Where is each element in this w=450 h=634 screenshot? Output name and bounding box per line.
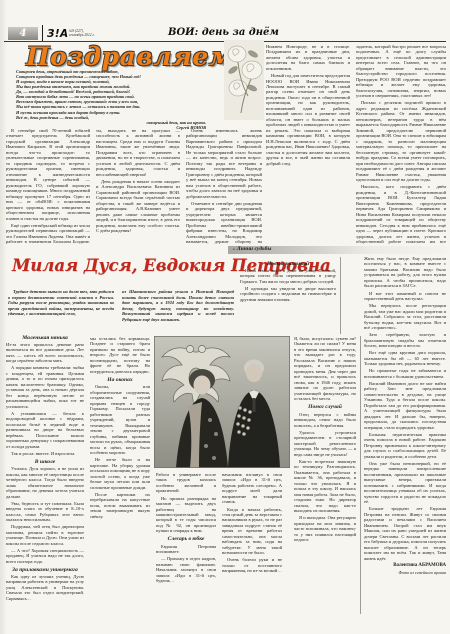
section-title: ВОИ: день за днём: [168, 27, 279, 38]
article2-column-2: мы остались без кормильца. Позднее и ста…: [90, 336, 150, 614]
paragraph: Письмо с десятком подписей пришло в адре…: [356, 100, 446, 182]
article1-title: Поздравляем!: [26, 42, 245, 71]
rubric-bar: • Линии судьбы: [228, 246, 446, 254]
paragraph: Зато серебряную, золотую и бриллиантовую…: [364, 332, 446, 348]
paragraph: Работа в универмаге после таких трудов к…: [156, 472, 216, 494]
paragraph: задатель, который быстро решает все вопр…: [356, 44, 446, 99]
subheading-locksmith: Слесарь в юбке: [156, 536, 216, 542]
article2-column-3: Работа в универмаге после таких трудов к…: [156, 472, 216, 614]
paragraph: Большая педагогическая практика очень по…: [364, 432, 446, 459]
article2-column-1: Маленькая нянька Из-за этого пришлось де…: [6, 332, 84, 616]
paragraph: Вот ещё одна крупная дата подошла, оказы…: [364, 350, 446, 366]
paragraph: Подружка, чей отец был директором магази…: [6, 524, 84, 546]
paragraph: Училась Дуся хорошо, и не ушла из школы,…: [6, 466, 84, 499]
page-number: 4: [8, 27, 38, 40]
paragraph: Когда я начала работать, стоя целый день…: [222, 507, 282, 556]
paragraph: Удалось устроиться преподавателем в стол…: [294, 430, 356, 457]
paragraph: Нижнем Новгороде, не и в столице. Поздра…: [266, 44, 350, 71]
lead-paragraph: из Шатковского района уехали в Нижний Но…: [122, 289, 234, 322]
article1-column-5: задатель, который быстро решает все вопр…: [356, 44, 446, 244]
paragraph: Мы вернулись после регистрации домой, та…: [364, 303, 446, 330]
roses-image: [224, 40, 264, 120]
header-divider: [42, 25, 43, 41]
paragraph: В сентябре свой 70-летний юбилей отмечае…: [6, 128, 90, 221]
issue-date: сентябрь 2012 г.: [69, 33, 95, 38]
article2-new-friend-block: Новый знакомый Наша семья жила в доме на…: [240, 258, 336, 334]
photo-credit: Фото из семейного архива: [364, 570, 446, 575]
subheading-little-nanny: Маленькая нянька: [6, 335, 84, 341]
paragraph: Очень изменилась жизнь райорганизации ин…: [186, 128, 262, 199]
article1-column-3: Очень изменилась жизнь райорганизации ин…: [186, 128, 262, 244]
paragraph: Наша семья жила в доме на улице Полевой,…: [240, 268, 336, 284]
paragraph: Так и росла: вместе. И взрослела.: [6, 451, 84, 456]
paragraph: Василий Иванович долго не мог найти рабо…: [364, 381, 446, 430]
rubric-label: Линии судьбы: [237, 247, 272, 253]
newspaper-page: 4 З!А №9 (227), сентябрь 2012 г. ВОИ: де…: [0, 0, 450, 634]
article2-lead-column-1: Трудное детство выпало на долю тех, кто …: [8, 289, 114, 331]
paragraph: Не легче было и на картошке. На уборку у…: [90, 457, 150, 490]
paragraph: Она уже была пенсионеркой, но её нередко…: [364, 461, 446, 505]
paragraph: После картошки их перебрасывали на капус…: [90, 492, 150, 519]
paragraph: А утомившаяся — бегала к водопроводной к…: [6, 411, 84, 449]
article1-column-4: Нижнем Новгороде, не и в столице. Поздра…: [266, 44, 350, 244]
photo-couple: [154, 336, 290, 468]
poem: Священен день, отрешённый от прозаически…: [16, 69, 218, 130]
paragraph: Очень болели руки и не только от постоян…: [222, 557, 282, 573]
paragraph: Я и выходила. Она регулярно приходила на…: [294, 515, 356, 542]
paragraph: ты, выходить не на прогулки — способност…: [96, 128, 180, 177]
paragraph: День рождения в начале осени ожидает и А…: [96, 179, 180, 234]
paragraph: Нашлось, кого поздравить с днём рождения…: [356, 184, 446, 244]
subheading-new-friend: Новый знакомый: [240, 261, 336, 267]
rubric-bullet: •: [233, 248, 235, 253]
paragraph: Но пришла разнарядка на магазин — выдели…: [156, 496, 216, 534]
paragraph: — Прихожу в отдел кадров, называю свою ф…: [156, 556, 216, 583]
paragraph: Отмечают в сентябре дни рождения и дирек…: [186, 201, 262, 244]
paragraph: Жить ему было негде. Ему предложили посе…: [364, 256, 446, 289]
paragraph: Я, было, испугалась: сумею ли? Окажется …: [294, 336, 356, 402]
paragraph: Увы, бедность и тут помешала. Была введе…: [6, 501, 84, 523]
article1-column-1: В сентябре свой 70-летний юбилей отмечае…: [6, 128, 90, 244]
subheading-department-store: За прилавками универмага: [6, 567, 84, 573]
column-rule: [360, 336, 361, 614]
paragraph: Ещё один сентябрьский юбиляр из числа ру…: [6, 223, 90, 244]
subheading-trenches: На окопах: [90, 377, 150, 383]
issue-info: №9 (227), сентябрь 2012 г.: [69, 29, 95, 38]
article2-column-6: Жить ему было негде. Ему предложили посе…: [364, 256, 446, 616]
paragraph: Новый год для заместителя председателя Н…: [266, 73, 350, 166]
paragraph: А порядки комнаты требовали: зыбка с мла…: [6, 365, 84, 409]
paragraph: Отец вернулся с войны инвалидом, семье н…: [294, 412, 356, 428]
paragraph: Евдокия Петровна вспоминает:: [156, 544, 216, 555]
article2-column-5: Я, было, испугалась: сумею ли? Окажется …: [294, 336, 356, 614]
paragraph: И однажды мы увидели во дворе высокого с…: [240, 286, 336, 302]
article2-lead-column-2: из Шатковского района уехали в Нижний Но…: [122, 289, 234, 331]
lead-paragraph: Трудное детство выпало на долю тех, кто …: [8, 289, 114, 317]
paragraph: начальник взглянул в свои записи: «Иди в…: [222, 472, 282, 505]
paragraph: мы остались без кормильца. Позднее и ста…: [90, 336, 150, 374]
column-rule: [340, 257, 341, 334]
paragraph: Но прожитые годы не забываются и вспомин…: [364, 368, 446, 379]
subheading-chance-helped: Помог случай: [294, 404, 356, 410]
author-signature: Валентина АБРАМОВА: [364, 563, 446, 569]
paragraph: Окопы, или оборонительные сооружения, со…: [90, 384, 150, 455]
newspaper-logo: З!А: [47, 28, 69, 40]
paragraph: И вот этот памятный и совсем не торжеств…: [364, 291, 446, 302]
paragraph: Из-за этого пришлось девочке рано включа…: [6, 342, 84, 364]
article1-column-2: ты, выходить не на прогулки — способност…: [96, 128, 180, 244]
subheading-at-school: В школе: [6, 459, 84, 465]
paragraph: Как-то встретила знакомую по техникуму. …: [294, 459, 356, 514]
paragraph: — А что? Хорошая специальность — продаве…: [6, 548, 84, 564]
paragraph: Как одну из лучших учениц, Дусю направил…: [6, 574, 84, 601]
paragraph: Больше тридцати лет Евдокия Петровна на …: [364, 506, 446, 561]
article2-column-4: начальник взглянул в свои записи: «Иди в…: [222, 472, 282, 614]
